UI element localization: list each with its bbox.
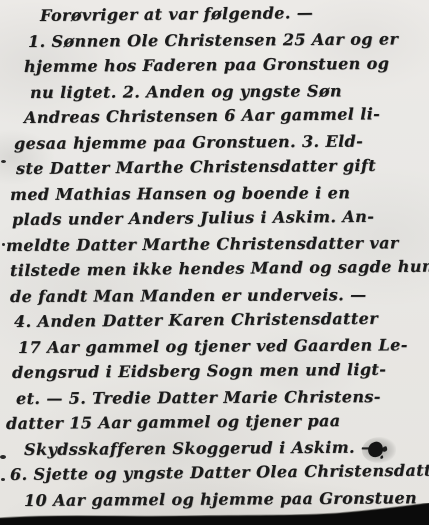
- handwritten-line: Andreas Christensen 6 Aar gammel li-: [24, 101, 429, 131]
- handwritten-line: tilstede men ikke hendes Mand og sagde h…: [10, 254, 429, 284]
- handwritten-line: dengsrud i Eidsberg Sogn men und ligt-: [12, 356, 429, 385]
- manuscript-page: Forøvriger at var følgende. — 1. Sønnen …: [0, 0, 429, 525]
- scan-edge-bottom: [0, 503, 429, 525]
- margin-speck: [0, 455, 6, 459]
- handwritten-line: hjemme hos Faderen paa Gronstuen og: [24, 50, 429, 79]
- margin-speck: [2, 243, 5, 246]
- handwritten-line: ste Datter Marthe Christensdatter gift: [16, 152, 429, 181]
- handwritten-line: gesaa hjemme paa Gronstuen. 3. Eld-: [14, 128, 429, 156]
- margin-speck: [1, 478, 5, 481]
- handwritten-line: 17 Aar gammel og tjener ved Gaarden Le-: [18, 332, 429, 360]
- margin-speck: [1, 160, 6, 163]
- handwritten-line: de fandt Man Manden er underveis. —: [10, 281, 429, 309]
- handwritten-line: 4. Anden Datter Karen Christensdatter: [14, 305, 429, 334]
- handwritten-line: Forøvriger at var følgende. —: [40, 0, 429, 28]
- ink-blot: [362, 437, 396, 463]
- handwritten-line: plads under Anders Julius i Askim. An-: [12, 203, 429, 232]
- handwritten-line: med Mathias Hansen og boende i en: [10, 179, 429, 207]
- handwritten-line: 1. Sønnen Ole Christensen 25 Aar og er: [28, 26, 429, 54]
- handwritten-line: datter 15 Aar gammel og tjener paa: [6, 407, 429, 436]
